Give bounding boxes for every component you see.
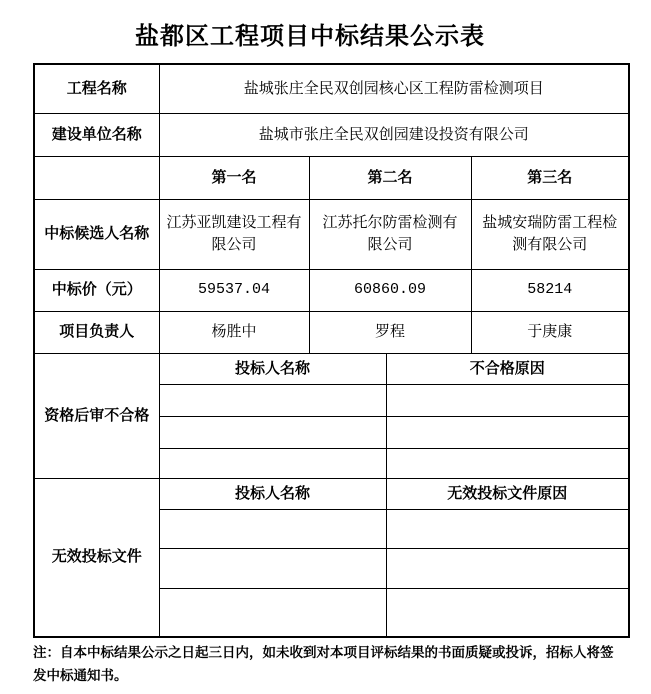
- manager-second: 罗程: [309, 311, 471, 353]
- project-name-value: 盐城张庄全民双创园核心区工程防雷检测项目: [159, 64, 629, 113]
- row-owner-name: 建设单位名称 盐城市张庄全民双创园建设投资有限公司: [34, 113, 629, 156]
- disqualified-reason-header: 不合格原因: [386, 353, 629, 384]
- row-invalid-header: 无效投标文件 投标人名称 无效投标文件原因: [34, 478, 629, 509]
- document-page: 盐都区工程项目中标结果公示表 工程名称 盐城张庄全民双创园核心区工程防雷检测项目…: [0, 0, 651, 694]
- row-rank-headers: 第一名 第二名 第三名: [34, 156, 629, 199]
- row-candidates: 中标候选人名称 江苏亚凯建设工程有限公司 江苏托尔防雷检测有限公司 盐城安瑞防雷…: [34, 199, 629, 269]
- disqualified-section-label: 资格后审不合格: [34, 353, 159, 478]
- empty-cell: [159, 509, 386, 548]
- rank-header-third: 第三名: [471, 156, 629, 199]
- row-project-name: 工程名称 盐城张庄全民双创园核心区工程防雷检测项目: [34, 64, 629, 113]
- empty-cell: [386, 588, 629, 637]
- price-first: 59537.04: [159, 269, 309, 311]
- candidate-first: 江苏亚凯建设工程有限公司: [159, 199, 309, 269]
- price-second: 60860.09: [309, 269, 471, 311]
- empty-cell: [386, 416, 629, 448]
- disqualified-bidder-header: 投标人名称: [159, 353, 386, 384]
- row-managers: 项目负责人 杨胜中 罗程 于庚康: [34, 311, 629, 353]
- price-third: 58214: [471, 269, 629, 311]
- empty-cell: [159, 448, 386, 478]
- empty-cell: [159, 416, 386, 448]
- candidate-third: 盐城安瑞防雷工程检测有限公司: [471, 199, 629, 269]
- empty-cell: [159, 384, 386, 416]
- owner-name-label: 建设单位名称: [34, 113, 159, 156]
- manager-third: 于庚康: [471, 311, 629, 353]
- empty-cell: [159, 588, 386, 637]
- owner-name-value: 盐城市张庄全民双创园建设投资有限公司: [159, 113, 629, 156]
- price-label: 中标价（元）: [34, 269, 159, 311]
- bid-result-table: 工程名称 盐城张庄全民双创园核心区工程防雷检测项目 建设单位名称 盐城市张庄全民…: [33, 63, 630, 638]
- empty-cell: [386, 509, 629, 548]
- rank-header-first: 第一名: [159, 156, 309, 199]
- empty-corner-cell: [34, 156, 159, 199]
- page-title: 盐都区工程项目中标结果公示表: [0, 16, 620, 51]
- rank-header-second: 第二名: [309, 156, 471, 199]
- empty-cell: [386, 548, 629, 588]
- empty-cell: [386, 384, 629, 416]
- empty-cell: [386, 448, 629, 478]
- candidate-second: 江苏托尔防雷检测有限公司: [309, 199, 471, 269]
- empty-cell: [159, 548, 386, 588]
- invalid-section-label: 无效投标文件: [34, 478, 159, 637]
- row-disqualified-header: 资格后审不合格 投标人名称 不合格原因: [34, 353, 629, 384]
- footer-note: 注：自本中标结果公示之日起三日内，如未收到对本项目评标结果的书面质疑或投诉，招标…: [33, 641, 619, 687]
- manager-first: 杨胜中: [159, 311, 309, 353]
- manager-label: 项目负责人: [34, 311, 159, 353]
- invalid-reason-header: 无效投标文件原因: [386, 478, 629, 509]
- candidates-label: 中标候选人名称: [34, 199, 159, 269]
- row-prices: 中标价（元） 59537.04 60860.09 58214: [34, 269, 629, 311]
- invalid-bidder-header: 投标人名称: [159, 478, 386, 509]
- project-name-label: 工程名称: [34, 64, 159, 113]
